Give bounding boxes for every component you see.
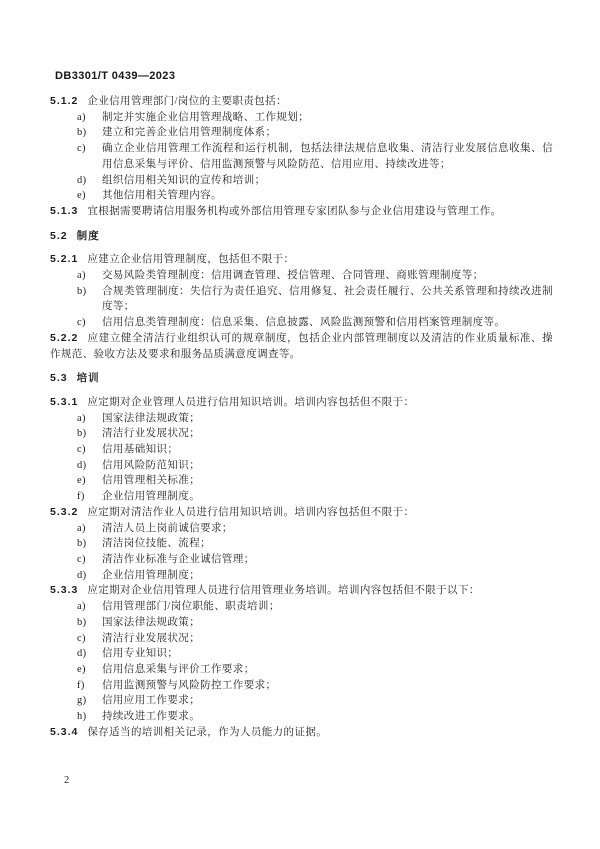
clause-text: 应定期对企业信用管理人员进行信用管理业务培训。培训内容包括但不限于以下： <box>87 585 479 596</box>
list-item-text: 清洁作业标准与企业诚信管理； <box>102 552 553 568</box>
list-item-letter: d) <box>77 458 102 474</box>
list-item-letter: b) <box>77 615 102 631</box>
list-item-letter: e) <box>77 662 102 678</box>
list-item-letter: a) <box>77 268 102 284</box>
list-item-letter: c) <box>77 315 102 331</box>
clause-paragraph: 5.2.2应建立健全清洁行业组织认可的规章制度，包括企业内部管理制度以及清洁的作… <box>50 331 553 362</box>
section-heading-number: 5.2 <box>50 230 68 242</box>
list-item-letter: e) <box>77 188 102 204</box>
list-item: f)信用监测预警与风险防控工作要求； <box>50 678 553 694</box>
list-item: b)清洁行业发展状况； <box>50 426 553 442</box>
list-item: c)清洁行业发展状况； <box>50 631 553 647</box>
list-item-letter: f) <box>77 489 102 505</box>
section-heading: 5.2制度 <box>50 229 553 245</box>
list-item: c)信用信息类管理制度：信息采集、信息披露、风险监测预警和信用档案管理制度等。 <box>50 315 553 331</box>
list-item-text: 交易风险类管理制度：信用调查管理、授信管理、合同管理、商账管理制度等； <box>102 268 553 284</box>
list-item-text: 清洁人员上岗前诚信要求； <box>102 521 553 537</box>
list-item-text: 企业信用管理制度。 <box>102 489 553 505</box>
list-item: d)信用专业知识； <box>50 646 553 662</box>
clause-paragraph: 5.1.3宜根据需要聘请信用服务机构或外部信用管理专家团队参与企业信用建设与管理… <box>50 204 553 220</box>
clause-paragraph: 5.1.2企业信用管理部门/岗位的主要职责包括： <box>50 94 553 110</box>
list-item-text: 制定并实施企业信用管理战略、工作规划； <box>102 110 553 126</box>
clause-text: 企业信用管理部门/岗位的主要职责包括： <box>87 96 287 107</box>
list-item: g)信用应用工作要求； <box>50 693 553 709</box>
list-item: d)信用风险防范知识； <box>50 458 553 474</box>
clause-number: 5.3.4 <box>50 726 78 738</box>
list-item-letter: b) <box>77 125 102 141</box>
list-item-text: 信用信息采集与评价工作要求； <box>102 662 553 678</box>
list-item: f)企业信用管理制度。 <box>50 489 553 505</box>
list-item-letter: b) <box>77 426 102 442</box>
list-item-letter: a) <box>77 411 102 427</box>
list-item-text: 信用监测预警与风险防控工作要求； <box>102 678 553 694</box>
list-item: b)建立和完善企业信用管理制度体系； <box>50 125 553 141</box>
list-item-letter: a) <box>77 110 102 126</box>
list-item: b)国家法律法规政策； <box>50 615 553 631</box>
list-item-text: 信用管理相关标准； <box>102 473 553 489</box>
list-item-letter: a) <box>77 599 102 615</box>
clause-text: 应定期对企业管理人员进行信用知识培训。培训内容包括但不限于： <box>87 397 414 408</box>
clause-number: 5.3.1 <box>50 396 78 408</box>
clause-number: 5.2.2 <box>50 332 78 344</box>
list-item-text: 清洁行业发展状况； <box>102 426 553 442</box>
list-item-text: 其他信用相关管理内容。 <box>102 188 553 204</box>
list-item-letter: h) <box>77 709 102 725</box>
list-item-letter: e) <box>77 473 102 489</box>
list-item-letter: a) <box>77 521 102 537</box>
list-item-letter: c) <box>77 631 102 647</box>
list-item: h)持续改进工作要求。 <box>50 709 553 725</box>
clause-paragraph: 5.3.4保存适当的培训相关记录，作为人员能力的证据。 <box>50 725 553 741</box>
list-item-text: 确立企业信用管理工作流程和运行机制，包括法律法规信息收集、清洁行业发展信息收集、… <box>102 141 553 172</box>
list-item-letter: d) <box>77 646 102 662</box>
list-item-letter: d) <box>77 568 102 584</box>
list-item: a)制定并实施企业信用管理战略、工作规划； <box>50 110 553 126</box>
clause-text: 宜根据需要聘请信用服务机构或外部信用管理专家团队参与企业信用建设与管理工作。 <box>87 206 501 217</box>
document-page: DB3301/T 0439—2023 5.1.2企业信用管理部门/岗位的主要职责… <box>0 0 600 849</box>
list-item: a)交易风险类管理制度：信用调查管理、授信管理、合同管理、商账管理制度等； <box>50 268 553 284</box>
list-item-text: 信用专业知识； <box>102 646 553 662</box>
list-item-text: 信用应用工作要求； <box>102 693 553 709</box>
list-item-text: 信用管理部门/岗位职能、职责培训； <box>102 599 553 615</box>
list-item-text: 清洁岗位技能、流程； <box>102 536 553 552</box>
clause-number: 5.1.3 <box>50 205 78 217</box>
clause-paragraph: 5.3.2应定期对清洁作业人员进行信用知识培训。培训内容包括但不限于： <box>50 505 553 521</box>
list-item-text: 信用风险防范知识； <box>102 458 553 474</box>
list-item: a)清洁人员上岗前诚信要求； <box>50 521 553 537</box>
list-item-text: 合规类管理制度：失信行为责任追究、信用修复、社会责任履行、公共关系管理和持续改进… <box>102 284 553 315</box>
list-item: c)信用基础知识； <box>50 442 553 458</box>
clause-number: 5.2.1 <box>50 253 78 265</box>
section-heading-title: 制度 <box>77 231 100 242</box>
list-item-text: 建立和完善企业信用管理制度体系； <box>102 125 553 141</box>
list-item: b)合规类管理制度：失信行为责任追究、信用修复、社会责任履行、公共关系管理和持续… <box>50 284 553 315</box>
standard-number-header: DB3301/T 0439—2023 <box>55 70 175 82</box>
list-item-text: 信用基础知识； <box>102 442 553 458</box>
clause-paragraph: 5.2.1应建立企业信用管理制度，包括但不限于： <box>50 252 553 268</box>
list-item-text: 企业信用管理制度； <box>102 568 553 584</box>
list-item: b)清洁岗位技能、流程； <box>50 536 553 552</box>
list-item-text: 国家法律法规政策； <box>102 411 553 427</box>
list-item: d)企业信用管理制度； <box>50 568 553 584</box>
clause-text: 保存适当的培训相关记录，作为人员能力的证据。 <box>87 727 327 738</box>
list-item-letter: c) <box>77 141 102 172</box>
section-heading-number: 5.3 <box>50 372 68 384</box>
list-item: a)国家法律法规政策； <box>50 411 553 427</box>
clause-number: 5.3.2 <box>50 506 78 518</box>
list-item: c)确立企业信用管理工作流程和运行机制，包括法律法规信息收集、清洁行业发展信息收… <box>50 141 553 172</box>
clause-paragraph: 5.3.3应定期对企业信用管理人员进行信用管理业务培训。培训内容包括但不限于以下… <box>50 583 553 599</box>
list-item: a)信用管理部门/岗位职能、职责培训； <box>50 599 553 615</box>
list-item-letter: d) <box>77 173 102 189</box>
list-item: e)信用信息采集与评价工作要求； <box>50 662 553 678</box>
clause-text: 应定期对清洁作业人员进行信用知识培训。培训内容包括但不限于： <box>87 507 414 518</box>
page-number: 2 <box>64 775 69 786</box>
section-heading: 5.3培训 <box>50 371 553 387</box>
list-item-letter: b) <box>77 284 102 315</box>
list-item-text: 组织信用相关知识的宣传和培训； <box>102 173 553 189</box>
list-item: c)清洁作业标准与企业诚信管理； <box>50 552 553 568</box>
list-item-letter: c) <box>77 552 102 568</box>
list-item: d)组织信用相关知识的宣传和培训； <box>50 173 553 189</box>
list-item-letter: b) <box>77 536 102 552</box>
list-item-text: 信用信息类管理制度：信息采集、信息披露、风险监测预警和信用档案管理制度等。 <box>102 315 553 331</box>
clause-number: 5.1.2 <box>50 95 78 107</box>
clause-paragraph: 5.3.1应定期对企业管理人员进行信用知识培训。培训内容包括但不限于： <box>50 395 553 411</box>
list-item-letter: g) <box>77 693 102 709</box>
document-content: 5.1.2企业信用管理部门/岗位的主要职责包括：a)制定并实施企业信用管理战略、… <box>50 94 553 740</box>
list-item: e)信用管理相关标准； <box>50 473 553 489</box>
list-item-text: 持续改进工作要求。 <box>102 709 553 725</box>
list-item-text: 清洁行业发展状况； <box>102 631 553 647</box>
list-item-text: 国家法律法规政策； <box>102 615 553 631</box>
list-item-letter: c) <box>77 442 102 458</box>
list-item-letter: f) <box>77 678 102 694</box>
section-heading-title: 培训 <box>77 373 100 384</box>
list-item: e)其他信用相关管理内容。 <box>50 188 553 204</box>
clause-text: 应建立企业信用管理制度，包括但不限于： <box>87 254 294 265</box>
clause-number: 5.3.3 <box>50 584 78 596</box>
clause-text: 应建立健全清洁行业组织认可的规章制度，包括企业内部管理制度以及清洁的作业质量标准… <box>50 333 553 360</box>
